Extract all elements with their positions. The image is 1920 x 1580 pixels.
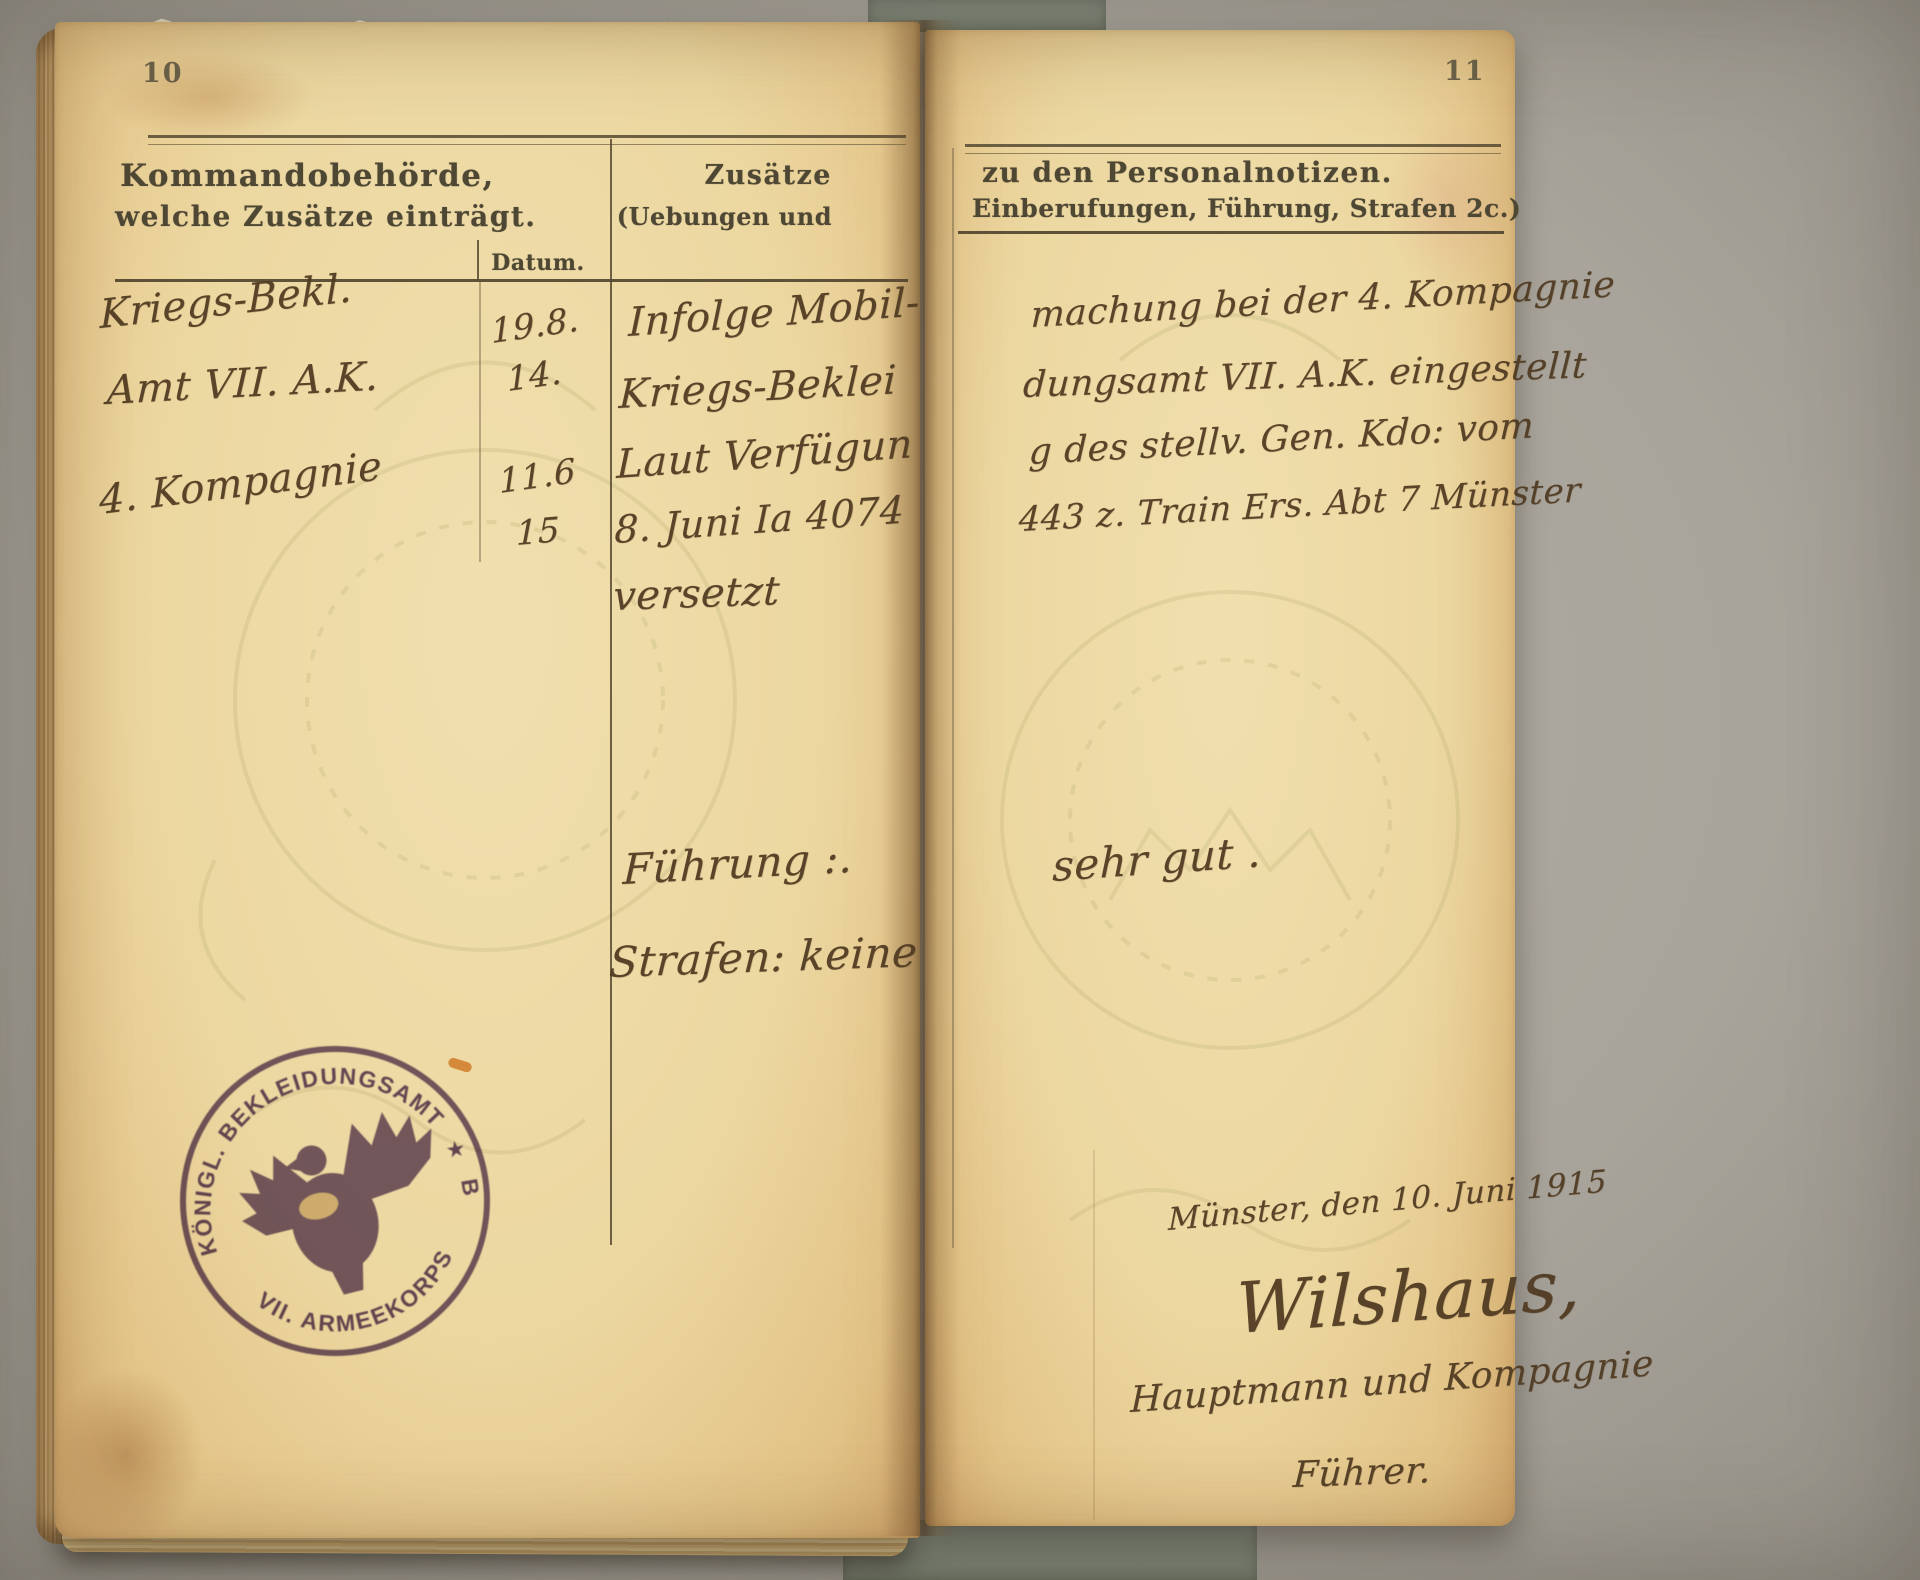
header-authority-line1: Kommandobehörde,	[115, 158, 500, 194]
table-column-divider	[610, 139, 612, 1245]
header-personalnotizen-line1: zu den Personalnotizen.	[982, 156, 1393, 189]
photographed-military-pass: 10 11 Kommandobehörde, welche Zusätze ei…	[0, 0, 1920, 1580]
header-datum-label: Datum.	[482, 250, 594, 276]
header-zusaetze-line2: (Uebungen und	[600, 202, 832, 231]
book-gutter	[880, 20, 960, 1536]
hw-date-entry: 15	[516, 510, 560, 554]
datum-column-line	[479, 282, 481, 562]
table-rule-header-bottom-right	[958, 231, 1504, 234]
header-authority-line2: welche Zusätze einträgt.	[115, 200, 500, 233]
page-number-right: 11	[1444, 56, 1486, 87]
page-number-left: 10	[142, 58, 184, 89]
right-margin-line	[952, 148, 954, 1248]
datum-column-tick	[477, 240, 479, 280]
table-rule-top-right	[965, 144, 1501, 154]
header-personalnotizen-line2: Einberufungen, Führung, Strafen 2c.)	[972, 194, 1521, 223]
header-zusaetze-line1: Zusätze	[620, 160, 832, 191]
hw-zusatz-entry: versetzt	[612, 568, 781, 620]
table-rule-top-left	[148, 135, 906, 145]
page-crease	[1093, 1150, 1095, 1520]
hw-rank-line2: Führer.	[1292, 1450, 1432, 1496]
hw-date-entry: 14.	[506, 352, 563, 400]
